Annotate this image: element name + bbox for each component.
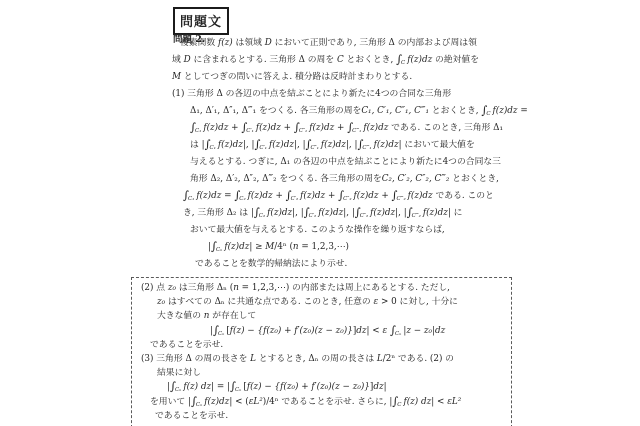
- text-line: き, 三角形 Δ₂ は |∫C₂f(z)dz|, |∫C′₂f(z)dz|, |…: [183, 205, 518, 222]
- text-line: 結果に対し: [157, 366, 507, 380]
- text-line: であることを数学的帰納法により示せ.: [195, 256, 518, 273]
- text-line: は |∫C₁f(z)dz|, |∫C′₁f(z)dz|, |∫C″₁f(z)dz…: [190, 137, 518, 154]
- problem-part-1: 複素関数 f(z) は領域 D において正則であり, 三角形 Δ の内部および周…: [172, 35, 518, 273]
- formula-line: |∫Cₙ[f(z) − {f(z₀) + f′(z₀)(z − z₀)}]dz|…: [210, 324, 507, 338]
- text-line: であることを示せ.: [150, 338, 507, 352]
- text-line: 与えるとする. つぎに, Δ₁ の各辺の中点を結ぶことにより新たに4つの合同な三: [190, 154, 518, 171]
- problem-page: 問題文 問題 2. 複素関数 f(z) は領域 D において正則であり, 三角形…: [0, 0, 640, 426]
- text-line: であることを示せ.: [155, 409, 507, 423]
- text-line: おいて最大値を与えるとする. このような操作を繰り返すならば,: [190, 222, 518, 239]
- text-line: (3) 三角形 Δ の周の長さを L とするとき, Δₙ の周の長さは L/2ⁿ…: [141, 352, 507, 366]
- text-line: を用いて |∫Cₙf(z)dz| < (εL²)/4ⁿ であることを示せ. さら…: [150, 395, 507, 409]
- text-line: 複素関数 f(z) は領域 D において正則であり, 三角形 Δ の内部および周…: [172, 35, 518, 52]
- text-line: Δ₁, Δ′₁, Δ″₁, Δ‴₁ をつくる. 各三角形の周をC₁, C′₁, …: [190, 103, 518, 120]
- formula-line: |∫Cₙf(z)dz| ≥ M/4ⁿ (n = 1,2,3,⋯): [208, 239, 518, 256]
- text-line: 域 D に含まれるとする. 三角形 Δ の周を C とおくとき, ∫Cf(z)d…: [172, 52, 518, 69]
- text-line: M としてつぎの問いに答えよ. 積分路は反時計まわりとする.: [172, 69, 518, 86]
- text-line: ∫C₁f(z)dz = ∫C₂f(z)dz + ∫C′₂f(z)dz + ∫C″…: [183, 188, 518, 205]
- text-line: 角形 Δ₂, Δ′₂, Δ″₂, Δ‴₂ をつくる. 各三角形の周をC₂, C′…: [190, 171, 518, 188]
- boxed-section-parts-2-3: (2) 点 z₀ は三角形 Δₙ (n = 1,2,3,⋯) の内部または周上に…: [131, 277, 512, 426]
- text-line: z₀ はすべての Δₙ に共通な点である. このとき, 任意の ε > 0 に対…: [157, 295, 507, 309]
- formula-line: |∫Cₙf(z) dz| = |∫Cₙ[f(z) − {f(z₀) + f′(z…: [167, 380, 507, 394]
- text-line: (1) 三角形 Δ の各辺の中点を結ぶことにより新たに4つの合同な三角形: [172, 86, 518, 103]
- text-line: 大きな値の n が存在して: [157, 309, 507, 323]
- text-line: ∫C₁f(z)dz + ∫C′₁f(z)dz + ∫C″₁f(z)dz + ∫C…: [190, 120, 518, 137]
- problem-statement: 複素関数 f(z) は領域 D において正則であり, 三角形 Δ の内部および周…: [172, 35, 518, 426]
- text-line: (2) 点 z₀ は三角形 Δₙ (n = 1,2,3,⋯) の内部または周上に…: [141, 281, 507, 295]
